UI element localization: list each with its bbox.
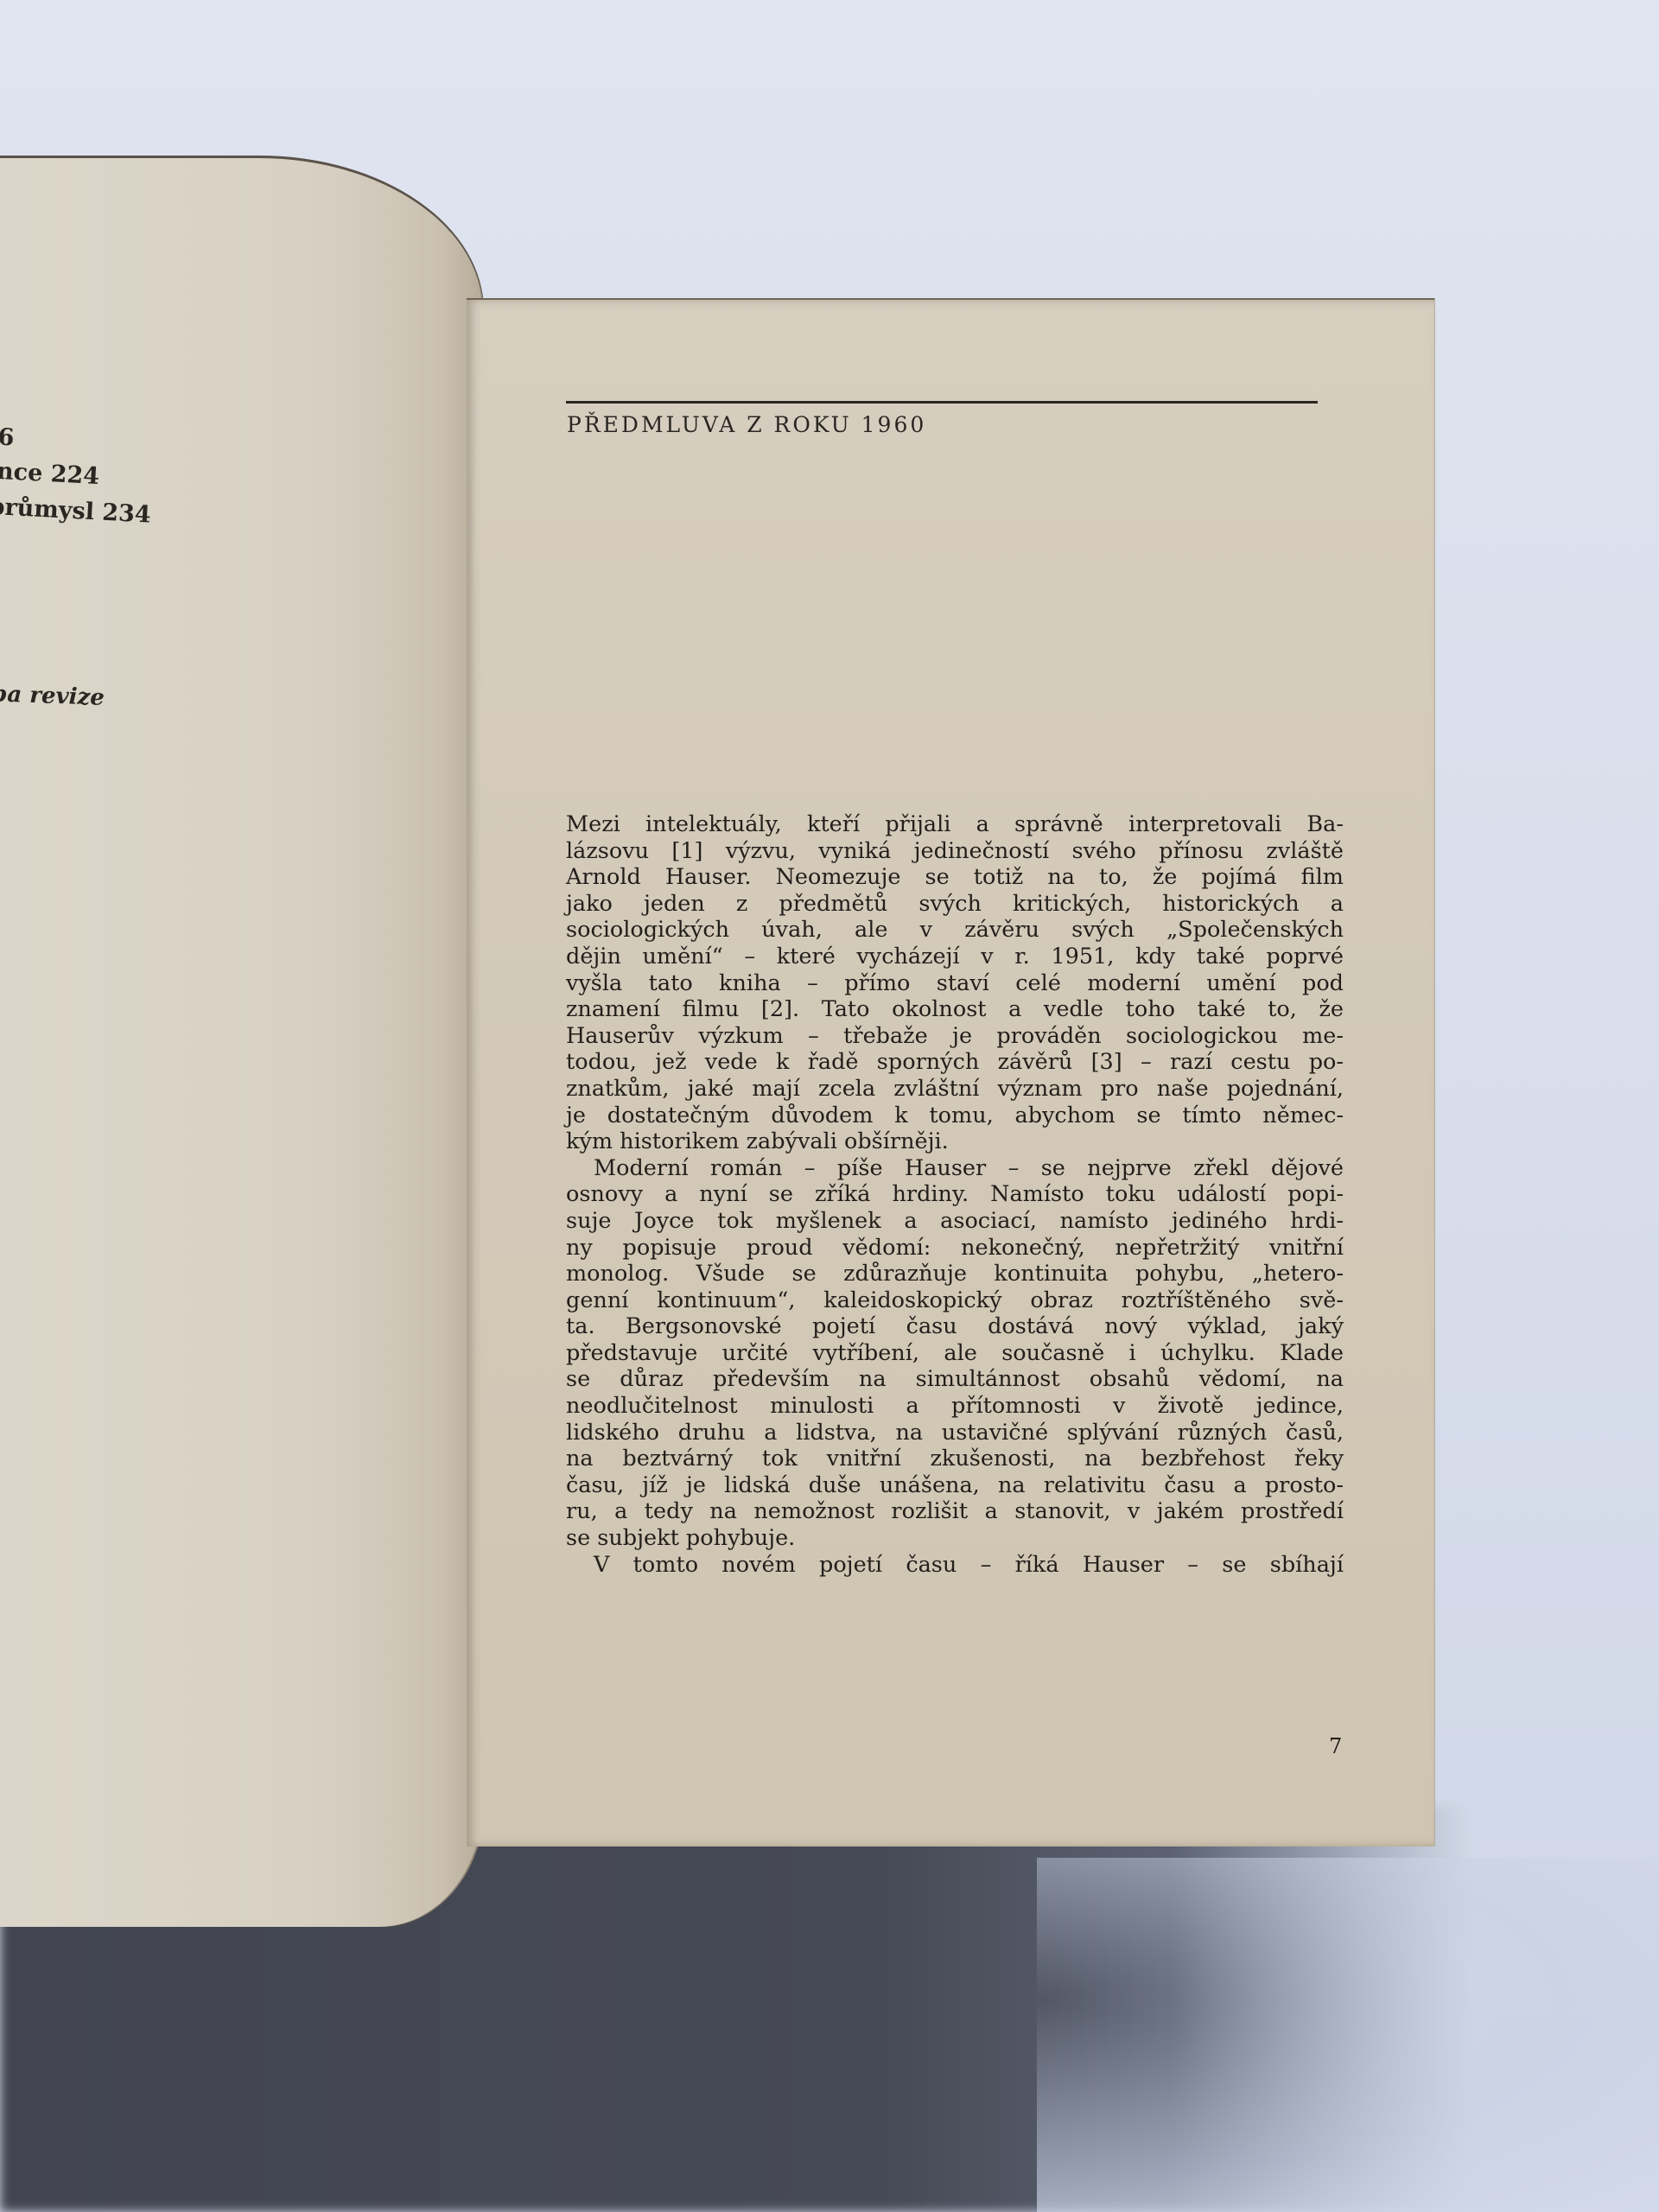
page-number: 7 [1329, 1734, 1342, 1758]
text-line: genní kontinuum“, kaleidoskopický obraz … [566, 1287, 1344, 1314]
text-line: Mezi intelektuály, kteří přijali a správ… [566, 811, 1344, 838]
text-line: ta. Bergsonovské pojetí času dostává nov… [566, 1313, 1344, 1340]
text-line: znamení filmu [2]. Tato okolnost a vedle… [566, 996, 1344, 1023]
text-line: ru, a tedy na nemožnost rozlišit a stano… [566, 1498, 1344, 1525]
left-page-fragment: 216 [0, 423, 15, 452]
text-line: V tomto novém pojetí času – říká Hauser … [566, 1552, 1344, 1579]
left-page-fragment: dence 224 [0, 456, 100, 490]
text-line: se důraz především na simultánnost obsah… [566, 1366, 1344, 1393]
text-line: je dostatečným důvodem k tomu, abychom s… [566, 1103, 1344, 1129]
text-line: Arnold Hauser. Neomezuje se totiž na to,… [566, 864, 1344, 891]
chapter-heading: PŘEDMLUVA Z ROKU 1960 [567, 412, 926, 437]
shadow-fade [1037, 1858, 1659, 2212]
left-page: 216 dence 224 e průmysl 234 řeba revize [0, 156, 484, 1927]
text-line: Moderní román – píše Hauser – se nejprve… [566, 1155, 1344, 1182]
text-line: představuje určité vytříbení, ale součas… [566, 1340, 1344, 1367]
text-line: suje Joyce tok myšlenek a asociací, namí… [566, 1208, 1344, 1235]
text-line: todou, jež vede k řadě sporných závěrů [… [566, 1049, 1344, 1076]
text-line: osnovy a nyní se zříká hrdiny. Namísto t… [566, 1181, 1344, 1208]
text-line: monolog. Všude se zdůrazňuje kontinuita … [566, 1261, 1344, 1287]
text-line: znatkům, jaké mají zcela zvláštní význam… [566, 1076, 1344, 1103]
left-page-fragment: e průmysl 234 [0, 492, 151, 528]
photo-scene: 216 dence 224 e průmysl 234 řeba revize … [0, 0, 1659, 2212]
text-line: ny popisuje proud vědomí: nekonečný, nep… [566, 1235, 1344, 1262]
text-line: lázsovu [1] výzvu, vyniká jedinečností s… [566, 838, 1344, 865]
heading-rule [566, 401, 1318, 404]
text-line: na beztvárný tok vnitřní zkušenosti, na … [566, 1446, 1344, 1472]
text-line: kým historikem zabývali obšírněji. [566, 1128, 1344, 1155]
left-page-fragment-italic: řeba revize [0, 680, 105, 711]
text-line: se subjekt pohybuje. [566, 1525, 1344, 1552]
text-line: Hauserův výzkum – třebaže je prováděn so… [566, 1023, 1344, 1050]
text-line: času, jíž je lidská duše unášena, na rel… [566, 1472, 1344, 1499]
text-line: jako jeden z předmětů svých kritických, … [566, 891, 1344, 918]
text-line: lidského druhu a lidstva, na ustavičné s… [566, 1420, 1344, 1446]
right-page: PŘEDMLUVA Z ROKU 1960 Mezi intelektuály,… [467, 298, 1434, 1847]
text-line: sociologických úvah, ale v závěru svých … [566, 917, 1344, 944]
text-line: neodlučitelnost minulosti a přítomnosti … [566, 1393, 1344, 1420]
text-line: vyšla tato kniha – přímo staví celé mode… [566, 970, 1344, 997]
text-line: dějin umění“ – které vycházejí v r. 1951… [566, 944, 1344, 970]
body-text: Mezi intelektuály, kteří přijali a správ… [566, 811, 1344, 1578]
